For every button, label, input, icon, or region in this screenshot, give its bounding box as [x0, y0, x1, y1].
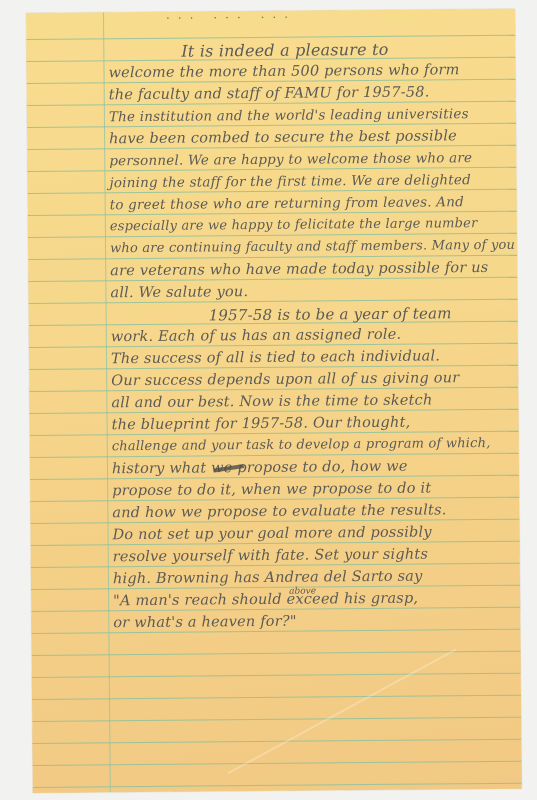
handwritten-line: resolve yourself with fate. Set your sig… [113, 547, 428, 566]
legal-pad-sheet: ... ... ... It is indeed a pleasure to w… [26, 9, 522, 793]
handwritten-line: all and our best. Now is the time to ske… [111, 392, 432, 411]
handwritten-line: Do not set up your goal more and possibl… [112, 524, 431, 543]
handwritten-line: The institution and the world's leading … [109, 106, 469, 125]
ruled-line [28, 255, 517, 260]
ruled-line [32, 695, 521, 700]
handwritten-line: It is indeed a pleasure to [181, 40, 388, 61]
ruled-line [32, 717, 521, 722]
handwritten-line: 1957-58 is to be a year of team [209, 304, 452, 324]
handwritten-line: "A man's reach should exceed his grasp, [113, 591, 418, 610]
paper-crease [227, 648, 456, 774]
ruled-line [32, 739, 521, 744]
handwritten-line: challenge and your task to develop a pro… [112, 436, 491, 454]
handwritten-line: especially are we happy to felicitate th… [110, 216, 478, 234]
handwritten-line: the faculty and staff of FAMU for 1957-5… [109, 84, 430, 103]
handwritten-line: or what's a heaven for?" [113, 614, 296, 632]
ruled-line [29, 299, 518, 304]
handwritten-text: history what we propose to do, how we [112, 459, 408, 478]
handwritten-line: personnel. We are happy to welcome those… [109, 150, 472, 169]
ruled-line [33, 783, 522, 788]
handwritten-line: propose to do it, when we propose to do … [112, 480, 431, 499]
handwritten-line: The success of all is tied to each indiv… [111, 348, 440, 367]
ruled-line [28, 233, 517, 238]
handwritten-line: have been combed to secure the best poss… [109, 128, 457, 147]
handwritten-line: welcome the more than 500 persons who fo… [108, 62, 459, 81]
handwritten-line: history what we propose to do, how we [112, 459, 408, 478]
ruled-line [32, 673, 521, 678]
handwritten-line: the blueprint for 1957-58. Our thought, [112, 415, 411, 434]
header-fragment: ... ... ... [166, 9, 296, 22]
handwritten-line: are veterans who have made today possibl… [110, 260, 488, 279]
handwritten-line: who are continuing faculty and staff mem… [110, 238, 515, 257]
scanned-page: ... ... ... It is indeed a pleasure to w… [0, 0, 537, 800]
handwritten-line: joining the staff for the first time. We… [109, 172, 471, 191]
handwritten-line: high. Browning has Andrea del Sarto say [113, 569, 423, 588]
ruled-line [26, 35, 515, 40]
handwritten-line: all. We salute you. [110, 284, 248, 301]
ruled-line [30, 453, 519, 458]
ruled-line [33, 761, 522, 766]
handwritten-line: Our success depends upon all of us givin… [111, 370, 459, 389]
handwritten-line: work. Each of us has an assigned role. [111, 327, 402, 346]
handwritten-line: to greet those who are returning from le… [110, 194, 464, 213]
handwritten-line: and how we propose to evaluate the resul… [112, 502, 446, 521]
